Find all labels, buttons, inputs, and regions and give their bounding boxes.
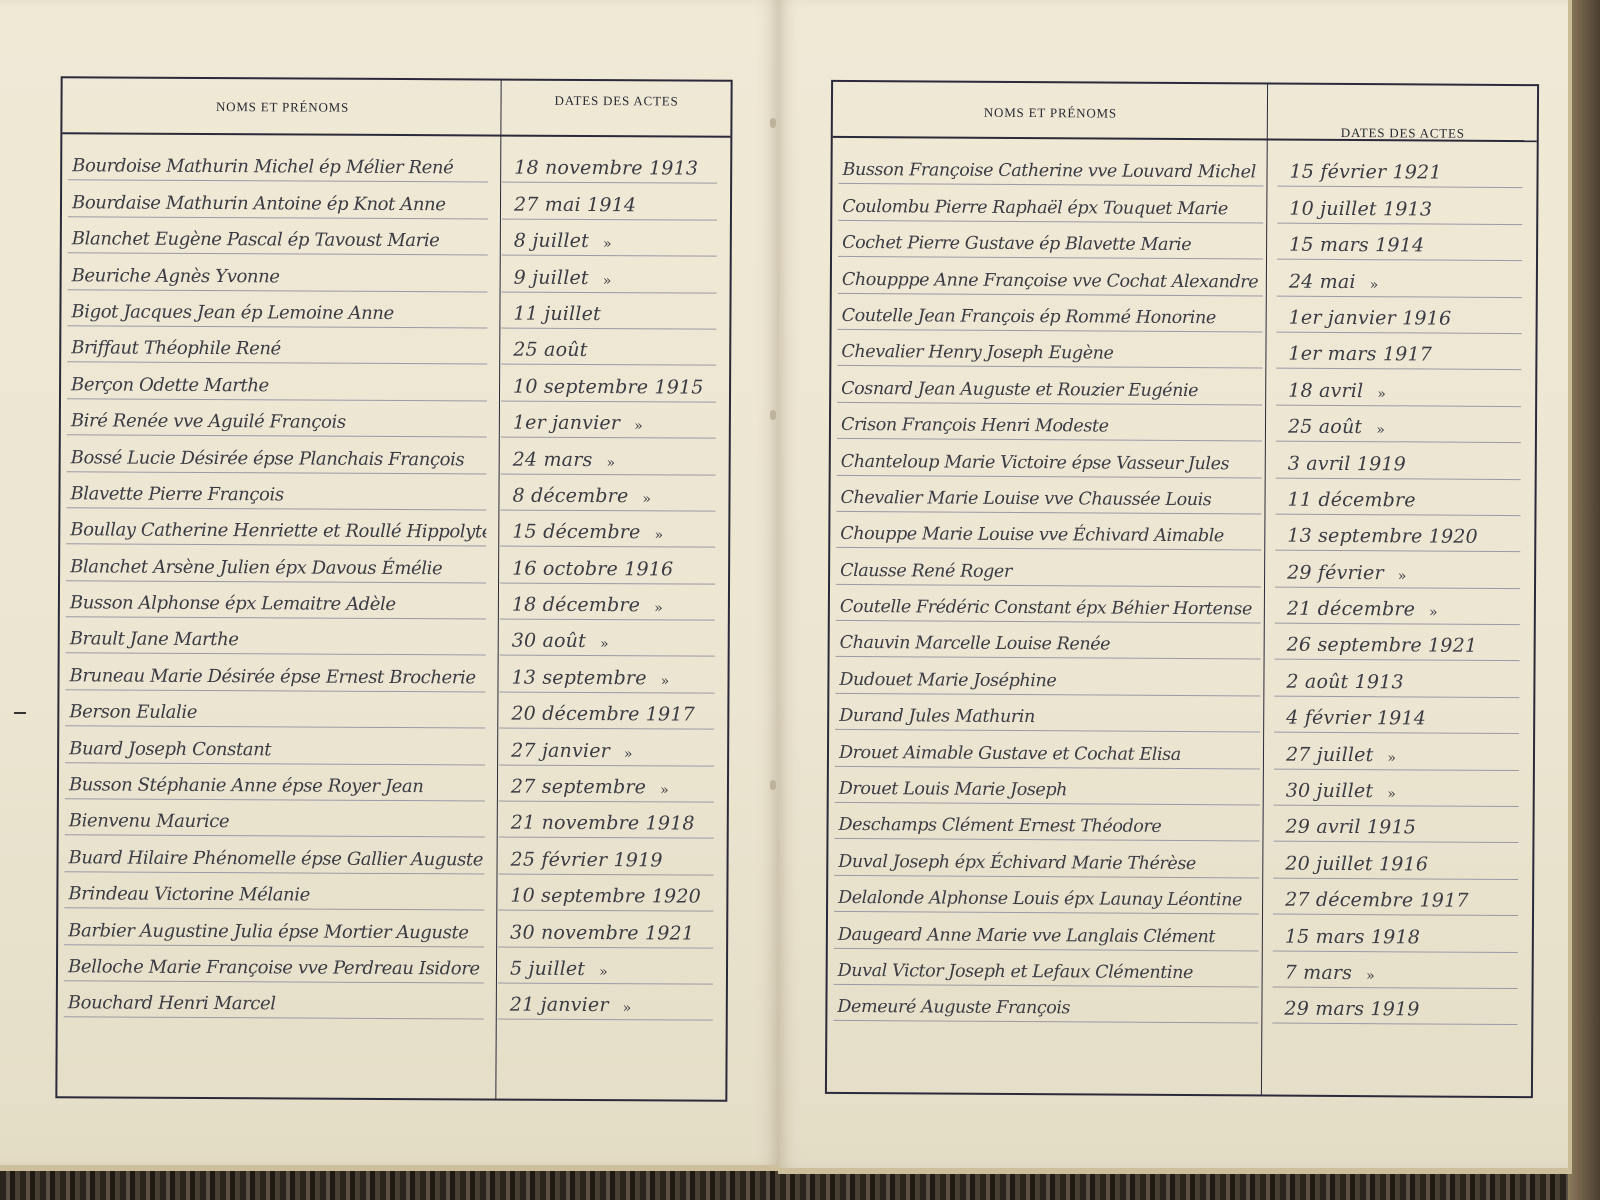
entry-name: Bruneau Marie Désirée épse Ernest Broche… [65,654,485,693]
entry-date: 15 mars 1914 [1277,223,1522,261]
entry-date-text: 30 novembre 1921 [510,921,694,944]
entry-name: Blanchet Arsène Julien épx Davous Émélie [66,545,486,584]
entry-date-text: 11 juillet [513,303,601,325]
entry-date-text: 24 mai [1289,270,1356,292]
ditto-mark: » [1387,750,1396,766]
entry-date: 1er mars 1917 [1276,333,1521,371]
table-row: Buard Joseph Constant27 janvier» [59,726,727,766]
entry-name: Bossé Lucie Désirée épse Planchais Franç… [67,435,487,474]
table-row: Cosnard Jean Auguste et Rouzier Eugénie1… [831,366,1535,407]
table-row: Bourdoise Mathurin Michel ép Mélier René… [62,144,730,184]
ditto-mark: » [1387,786,1396,802]
table-row: Crison François Henri Modeste25 août» [831,403,1535,444]
table-row: Berçon Odette Marthe10 septembre 1915 [61,363,729,403]
entry-name: Coutelle Frédéric Constant épx Béhier Ho… [836,585,1261,624]
table-row: Durand Jules Mathurin4 février 1914 [829,694,1533,735]
entry-name: Bienvenu Maurice [65,799,485,838]
entry-date-text: 5 juillet [510,958,585,980]
table-row: Drouet Louis Marie Joseph30 juillet» [829,766,1533,807]
entry-date: 27 juillet» [1274,733,1519,771]
entry-date: 27 mai 1914 [502,183,717,221]
entry-date-text: 13 septembre [511,666,646,689]
entry-date: 27 septembre» [499,765,714,803]
right-page: NOMS ET PRÉNOMS DATES DES ACTES Busson F… [778,0,1572,1174]
entry-date-text: 1er janvier [513,412,620,435]
table-row: Chanteloup Marie Victoire épse Vasseur J… [831,439,1535,480]
entry-date: 13 septembre 1920 [1275,514,1520,552]
entry-date: 11 juillet [501,292,716,330]
entry-date-text: 29 février [1287,561,1384,584]
header-dates: DATES DES ACTES [502,73,730,130]
ditto-mark: » [623,1001,632,1017]
entry-name: Berson Eulalie [65,690,485,729]
entry-date-text: 21 décembre [1287,598,1415,621]
entry-name: Brault Jane Marthe [66,617,486,656]
table-row: Bigot Jacques Jean ép Lemoine Anne11 jui… [61,290,729,330]
table-row: Bossé Lucie Désirée épse Planchais Franç… [61,435,729,475]
entry-name: Coutelle Jean François ép Rommé Honorine [838,293,1263,332]
entry-name: Drouet Aimable Gustave et Cochat Elisa [835,730,1260,769]
ditto-mark: » [1376,422,1385,438]
table-row: Chevalier Henry Joseph Eugène1er mars 19… [831,330,1535,371]
entry-date: 3 avril 1919 [1276,442,1521,480]
entry-date: 10 juillet 1913 [1277,187,1522,225]
entry-date: 25 février 1919 [499,838,714,876]
entry-name: Busson Françoise Catherine vve Louvard M… [838,148,1263,187]
table-row: Chevalier Marie Louise vve Chaussée Loui… [830,475,1534,516]
entry-date-text: 18 décembre [512,594,640,617]
entry-date-text: 30 août [512,630,586,652]
entry-date: 15 décembre» [500,510,715,548]
table-row: Brindeau Victorine Mélanie10 septembre 1… [58,872,726,912]
entry-date: 1er janvier» [501,401,716,439]
entry-date: 5 juillet» [498,947,713,985]
entry-date-text: 18 novembre 1913 [514,157,698,180]
entry-name: Crison François Henri Modeste [837,403,1262,442]
table-row: Beuriche Agnès Yvonne9 juillet» [62,253,730,293]
entry-name: Delalonde Alphonse Louis épx Launay Léon… [834,876,1259,915]
binding-stitch [770,410,776,420]
entry-date: 20 juillet 1916 [1273,842,1518,880]
table-row: Blavette Pierre François8 décembre» [60,472,728,512]
table-row: Briffaut Théophile René25 août [61,326,729,366]
entry-name: Barbier Augustine Julia épse Mortier Aug… [64,908,484,947]
table-row: Buard Hilaire Phénomelle épse Gallier Au… [59,836,727,876]
entry-date: 21 janvier» [498,984,713,1022]
entry-date: 30 novembre 1921 [498,911,713,949]
ditto-mark: » [642,491,651,507]
entry-date: 9 juillet» [502,256,717,294]
entry-date-text: 21 novembre 1918 [511,812,695,835]
ditto-mark: » [654,528,663,544]
ditto-mark: » [1377,386,1386,402]
entry-date: 10 septembre 1920 [498,874,713,912]
ditto-mark: » [1366,968,1375,984]
entry-date-text: 18 avril [1288,379,1363,401]
table-row: Dudouet Marie Joséphine2 août 1913 [829,657,1533,698]
entry-date: 27 janvier» [499,729,714,767]
binding-stitch [770,118,776,128]
table-row: Berson Eulalie20 décembre 1917 [59,690,727,730]
table-row: Bienvenu Maurice21 novembre 1918 [59,799,727,839]
table-row: Demeuré Auguste François29 mars 1919 [827,985,1531,1026]
entry-date: 24 mars» [501,438,716,476]
ditto-mark: » [600,637,609,653]
entry-name: Busson Alphonse épx Lemaitre Adèle [66,581,486,620]
entry-date-text: 15 mars 1918 [1285,925,1420,948]
ditto-mark: » [1398,568,1407,584]
table-row: Biré Renée vve Aguilé François1er janvie… [61,399,729,439]
entry-date: 8 juillet» [502,219,717,257]
entry-name: Belloche Marie Françoise vve Perdreau Is… [64,945,484,984]
entry-date-text: 24 mars [513,448,593,470]
table-row: Drouet Aimable Gustave et Cochat Elisa27… [829,730,1533,771]
entry-date-text: 15 mars 1914 [1289,234,1424,257]
entry-date: 30 août» [500,620,715,658]
entry-name: Buard Joseph Constant [65,727,485,766]
entry-date-text: 27 décembre 1917 [1285,889,1469,912]
entry-date: 18 décembre» [500,583,715,621]
entry-date-text: 8 décembre [512,485,628,508]
margin-mark [14,712,26,714]
entry-name: Deschamps Clément Ernest Théodore [834,803,1259,842]
entry-date: 13 septembre» [499,656,714,694]
entry-name: Cosnard Jean Auguste et Rouzier Eugénie [837,366,1262,405]
entry-date: 1er janvier 1916 [1277,296,1522,334]
entry-date: 27 décembre 1917 [1273,878,1518,916]
table-row: Coutelle Jean François ép Rommé Honorine… [832,293,1536,334]
entry-date-text: 1er mars 1917 [1288,343,1432,366]
entry-name: Bouchard Henri Marcel [64,981,484,1020]
entry-name: Bourdaise Mathurin Antoine ép Knot Anne [68,181,488,220]
left-page: NOMS ET PRÉNOMS DATES DES ACTES Bourdois… [0,0,778,1171]
table-row: Coutelle Frédéric Constant épx Béhier Ho… [830,585,1534,626]
table-row: Chauvin Marcelle Louise Renée26 septembr… [830,621,1534,662]
entry-name: Biré Renée vve Aguilé François [67,399,487,438]
table-row: Boullay Catherine Henriette et Roullé Hi… [60,508,728,548]
entry-name: Chauvin Marcelle Louise Renée [836,621,1261,660]
entry-name: Clausse René Roger [836,548,1261,587]
entry-name: Buard Hilaire Phénomelle épse Gallier Au… [65,836,485,875]
entry-date-text: 25 février 1919 [511,848,663,871]
entry-date: 15 mars 1918 [1273,915,1518,953]
entry-date: 21 décembre» [1275,587,1520,625]
entry-date: 24 mai» [1277,260,1522,298]
entry-name: Dudouet Marie Joséphine [835,657,1260,696]
entry-date-text: 2 août 1913 [1286,670,1404,693]
entry-date-text: 1er janvier 1916 [1289,307,1452,330]
entry-date: 8 décembre» [500,474,715,512]
table-row: Blanchet Arsène Julien épx Davous Émélie… [60,545,728,585]
table-row: Clausse René Roger29 février» [830,548,1534,589]
ditto-mark: » [1370,277,1379,293]
entry-date-text: 27 mai 1914 [514,193,636,216]
table-row: Busson Françoise Catherine vve Louvard M… [832,148,1536,189]
table-row: Choupppe Anne Françoise vve Cochat Alexa… [832,257,1536,298]
ditto-mark: » [1429,605,1438,621]
entry-date: 30 juillet» [1274,769,1519,807]
entry-name: Demeuré Auguste François [833,985,1258,1024]
entry-date: 2 août 1913 [1274,660,1519,698]
entries-list: Busson Françoise Catherine vve Louvard M… [827,148,1536,1026]
entry-date-text: 9 juillet [514,266,589,288]
entry-date-text: 27 septembre [511,776,646,799]
entry-name: Chevalier Marie Louise vve Chaussée Loui… [836,475,1261,514]
entry-date-text: 20 juillet 1916 [1285,852,1428,875]
entry-date: 7 mars» [1273,951,1518,989]
ditto-mark: » [654,600,663,616]
ditto-mark: » [661,673,670,689]
table-row: Bourdaise Mathurin Antoine ép Knot Anne2… [62,181,730,221]
table-row: Bouchard Henri Marcel21 janvier» [58,981,726,1021]
entry-name: Daugeard Anne Marie vve Langlais Clément [834,912,1259,951]
entry-date: 25 août [501,329,716,367]
entry-date-text: 29 mars 1919 [1284,998,1419,1021]
register-table-left: NOMS ET PRÉNOMS DATES DES ACTES Bourdois… [55,76,732,1102]
entry-name: Choupppe Anne Françoise vve Cochat Alexa… [838,257,1263,296]
entry-name: Boullay Catherine Henriette et Roullé Hi… [66,508,486,547]
entry-name: Berçon Odette Marthe [67,363,487,402]
table-row: Bruneau Marie Désirée épse Ernest Broche… [59,654,727,694]
ditto-mark: » [603,273,612,289]
entry-name: Durand Jules Mathurin [835,694,1260,733]
binding-stitch [770,780,776,790]
entry-date-text: 15 décembre [512,521,640,544]
entry-date-text: 29 avril 1915 [1285,816,1416,839]
entry-date-text: 10 septembre 1920 [510,885,701,908]
entry-name: Duval Victor Joseph et Lefaux Clémentine [834,948,1259,987]
table-row: Deschamps Clément Ernest Théodore29 avri… [828,803,1532,844]
entry-date-text: 26 septembre 1921 [1287,634,1478,657]
table-row: Belloche Marie Françoise vve Perdreau Is… [58,945,726,985]
table-row: Blanchet Eugène Pascal ép Tavoust Marie8… [62,217,730,257]
entry-date-text: 3 avril 1919 [1288,452,1406,475]
ditto-mark: » [603,236,612,252]
table-row: Duval Victor Joseph et Lefaux Clémentine… [828,948,1532,989]
table-row: Busson Stéphanie Anne épse Royer Jean27 … [59,763,727,803]
entry-name: Cochet Pierre Gustave ép Blavette Marie [838,221,1263,260]
entry-name: Briffaut Théophile René [67,326,487,365]
ditto-mark: » [634,418,643,434]
entry-date: 21 novembre 1918 [499,802,714,840]
entry-name: Drouet Louis Marie Joseph [835,767,1260,806]
entry-date-text: 25 août [513,339,587,361]
binder-cover-edge [1568,0,1600,1200]
entry-date-text: 25 août [1288,416,1362,438]
entry-date-text: 15 février 1921 [1289,161,1441,184]
entry-date: 26 septembre 1921 [1275,624,1520,662]
entry-name: Bigot Jacques Jean ép Lemoine Anne [67,290,487,329]
table-row: Cochet Pierre Gustave ép Blavette Marie1… [832,221,1536,262]
entry-date-text: 13 septembre 1920 [1287,525,1478,548]
entries-list: Bourdoise Mathurin Michel ép Mélier René… [58,144,731,1021]
entry-date-text: 8 juillet [514,230,589,252]
ditto-mark: » [660,782,669,798]
entry-date: 10 septembre 1915 [501,365,716,403]
entry-date-text: 16 octobre 1916 [512,557,673,580]
table-row: Coulombu Pierre Raphaël épx Touquet Mari… [832,184,1536,225]
entry-date: 15 février 1921 [1277,151,1522,189]
header-rule [62,132,730,137]
entry-date-text: 10 septembre 1915 [513,375,704,398]
table-row: Barbier Augustine Julia épse Mortier Aug… [58,908,726,948]
entry-name: Busson Stéphanie Anne épse Royer Jean [65,763,485,802]
table-row: Duval Joseph épx Échivard Marie Thérèse2… [828,839,1532,880]
entry-date-text: 27 juillet [1286,743,1374,766]
entry-date: 18 avril» [1276,369,1521,407]
entry-date: 18 novembre 1913 [502,147,717,185]
entry-date-text: 11 décembre [1287,489,1415,512]
entry-name: Brindeau Victorine Mélanie [64,872,484,911]
entry-date-text: 7 mars [1285,962,1353,984]
entry-date: 25 août» [1276,405,1521,443]
entry-date: 29 avril 1915 [1273,806,1518,844]
header-names: NOMS ET PRÉNOMS [833,84,1268,143]
entry-name: Beuriche Agnès Yvonne [68,253,488,292]
ditto-mark: » [599,964,608,980]
entry-date-text: 20 décembre 1917 [511,703,695,726]
table-row: Delalonde Alphonse Louis épx Launay Léon… [828,876,1532,917]
entry-name: Bourdoise Mathurin Michel ép Mélier René [68,144,488,183]
entry-name: Coulombu Pierre Raphaël épx Touquet Mari… [838,184,1263,223]
entry-name: Chanteloup Marie Victoire épse Vasseur J… [837,439,1262,478]
entry-date-text: 27 janvier [511,739,610,762]
ditto-mark: » [624,746,633,762]
table-row: Brault Jane Marthe30 août» [60,617,728,657]
entry-name: Duval Joseph épx Échivard Marie Thérèse [834,839,1259,878]
entry-date: 29 mars 1919 [1272,988,1517,1026]
header-names: NOMS ET PRÉNOMS [62,78,502,136]
entry-date: 4 février 1914 [1274,696,1519,734]
ditto-mark: » [606,455,615,471]
table-row: Daugeard Anne Marie vve Langlais Clément… [828,912,1532,953]
entry-date: 16 octobre 1916 [500,547,715,585]
entry-date: 20 décembre 1917 [499,692,714,730]
entry-date: 11 décembre [1275,478,1520,516]
entry-name: Blanchet Eugène Pascal ép Tavoust Marie [68,217,488,256]
table-row: Chouppe Marie Louise vve Échivard Aimabl… [830,512,1534,553]
entry-name: Chevalier Henry Joseph Eugène [837,330,1262,369]
entry-date-text: 30 juillet [1286,780,1374,803]
entry-date-text: 21 janvier [510,994,609,1017]
entry-name: Blavette Pierre François [66,472,486,511]
entry-date-text: 4 février 1914 [1286,707,1426,730]
table-row: Busson Alphonse épx Lemaitre Adèle18 déc… [60,581,728,621]
entry-date-text: 10 juillet 1913 [1289,197,1432,220]
entry-name: Chouppe Marie Louise vve Échivard Aimabl… [836,512,1261,551]
entry-date: 29 février» [1275,551,1520,589]
register-table-right: NOMS ET PRÉNOMS DATES DES ACTES Busson F… [825,80,1539,1098]
